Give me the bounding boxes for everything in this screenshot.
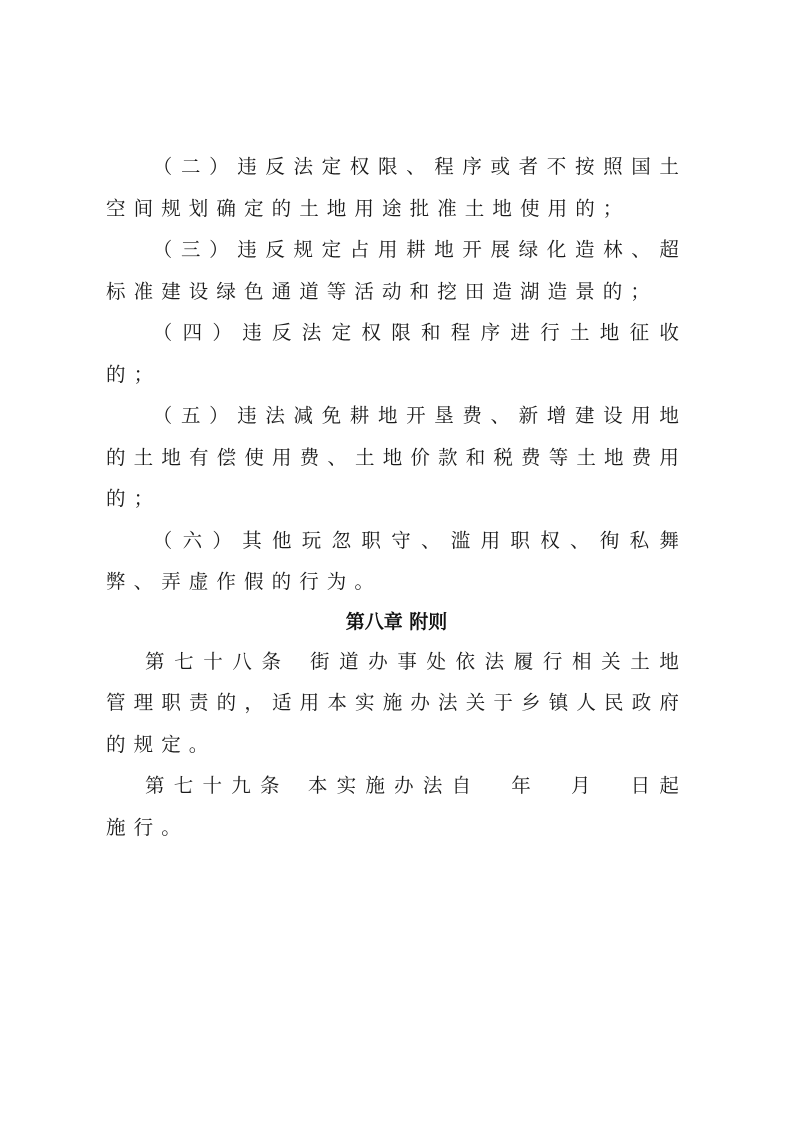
document-page: （二）违反法定权限、程序或者不按照国土空间规划确定的土地用途批准土地使用的； （… bbox=[106, 146, 687, 848]
item-label: （五） bbox=[153, 404, 237, 427]
item-label: （四） bbox=[153, 321, 242, 344]
list-item-5: （五）违法减免耕地开垦费、新增建设用地的土地有偿使用费、土地价款和税费等土地费用… bbox=[106, 395, 687, 520]
item-label: （三） bbox=[153, 238, 237, 261]
item-label: （六） bbox=[153, 529, 242, 552]
article-79: 第七十九条 本实施办法自 年 月 日起施行。 bbox=[106, 765, 687, 848]
article-number: 第七十九条 bbox=[145, 774, 289, 797]
list-item-6: （六）其他玩忽职守、滥用职权、徇私舞弊、弄虚作假的行为。 bbox=[106, 520, 687, 603]
list-item-3: （三）违反规定占用耕地开展绿化造林、超标准建设绿色通道等活动和挖田造湖造景的； bbox=[106, 229, 687, 312]
item-label: （二） bbox=[153, 155, 237, 178]
list-item-2: （二）违反法定权限、程序或者不按照国土空间规划确定的土地用途批准土地使用的； bbox=[106, 146, 687, 229]
chapter-heading: 第八章 附则 bbox=[106, 603, 687, 641]
list-item-4: （四）违反法定权限和程序进行土地征收的； bbox=[106, 312, 687, 395]
article-78: 第七十八条 街道办事处依法履行相关土地管理职责的，适用本实施办法关于乡镇人民政府… bbox=[106, 641, 687, 766]
article-number: 第七十八条 bbox=[145, 650, 291, 673]
